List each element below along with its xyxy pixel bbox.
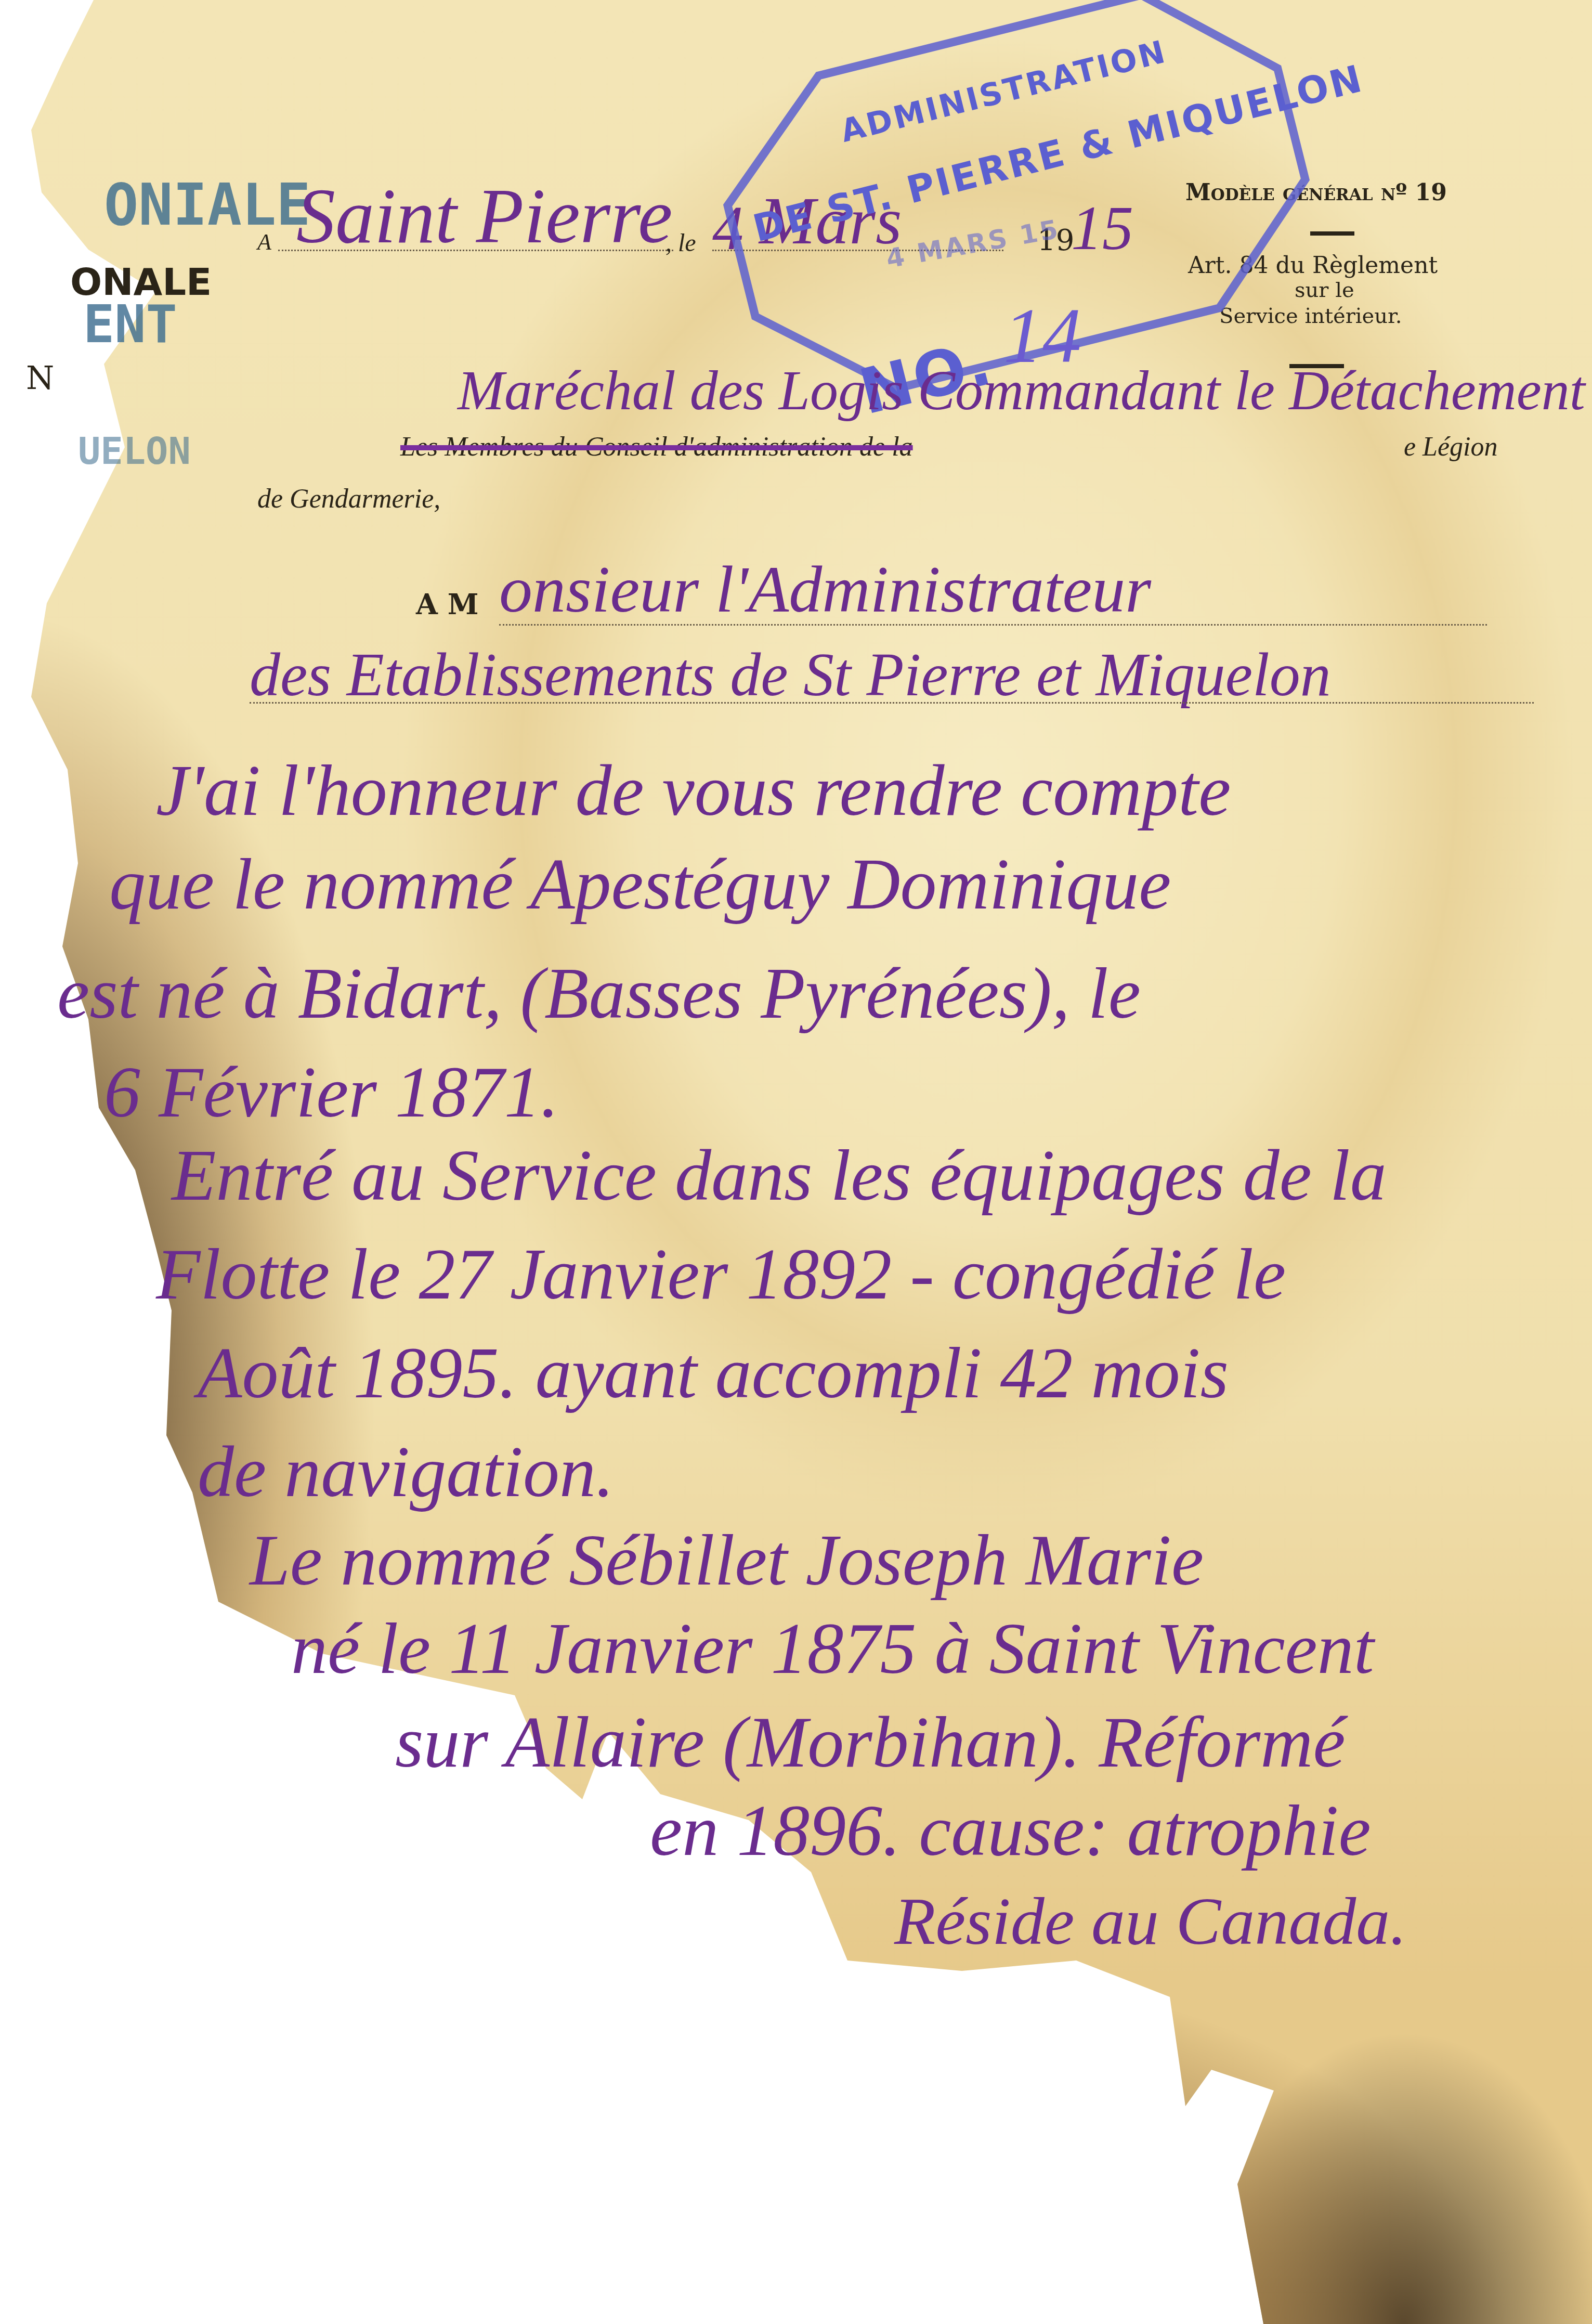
sender-printed-struck: Les Membres du Conseil d'administration … — [400, 432, 913, 462]
recipient-line2: des Etablissements de St Pierre et Mique… — [250, 640, 1331, 710]
left-stamp-fragment-bottom: UELON — [78, 429, 191, 473]
left-printed-small-fragment: N — [26, 359, 54, 397]
left-stamp-fragment-top: ONIALE — [104, 172, 310, 238]
body-line: Le nommé Sébillet Joseph Marie — [250, 1518, 1204, 1602]
body-line: 6 Février 1871. — [104, 1050, 559, 1134]
place-handwritten: Saint Pierre — [296, 172, 673, 261]
body-line: en 1896. cause: atrophie — [650, 1789, 1371, 1873]
sender-gendarmerie: de Gendarmerie, — [257, 484, 440, 514]
body-line: Août 1895. ayant accompli 42 mois — [198, 1331, 1229, 1415]
sender-legion: e Légion — [1404, 432, 1498, 462]
body-line: J'ai l'honneur de vous rendre compte — [156, 749, 1231, 833]
left-stamp-fragment-mid: ENT — [83, 294, 177, 355]
body-line: de navigation. — [198, 1430, 614, 1514]
sender-handwritten-title: Maréchal des Logis Commandant le Détache… — [458, 359, 1585, 423]
recipient-dotted-line-2 — [250, 702, 1534, 704]
body-line: né le 11 Janvier 1875 à Saint Vincent — [291, 1607, 1374, 1691]
body-line: est né à Bidart, (Basses Pyrénées), le — [57, 952, 1141, 1035]
recipient-line1: onsieur l'Administrateur — [499, 551, 1151, 628]
place-prefix: A — [257, 229, 271, 255]
recipient-dotted-line-1 — [499, 624, 1487, 626]
body-line: Flotte le 27 Janvier 1892 - congédié le — [156, 1232, 1286, 1316]
body-line: Entré au Service dans les équipages de l… — [172, 1134, 1387, 1217]
recipient-prefix: A M — [416, 588, 478, 621]
body-line: sur Allaire (Morbihan). Réformé — [395, 1700, 1346, 1784]
date-prefix: , le — [665, 229, 696, 257]
body-line: Réside au Canada. — [894, 1882, 1407, 1961]
body-line: que le nommé Apestéguy Dominique — [109, 842, 1171, 926]
